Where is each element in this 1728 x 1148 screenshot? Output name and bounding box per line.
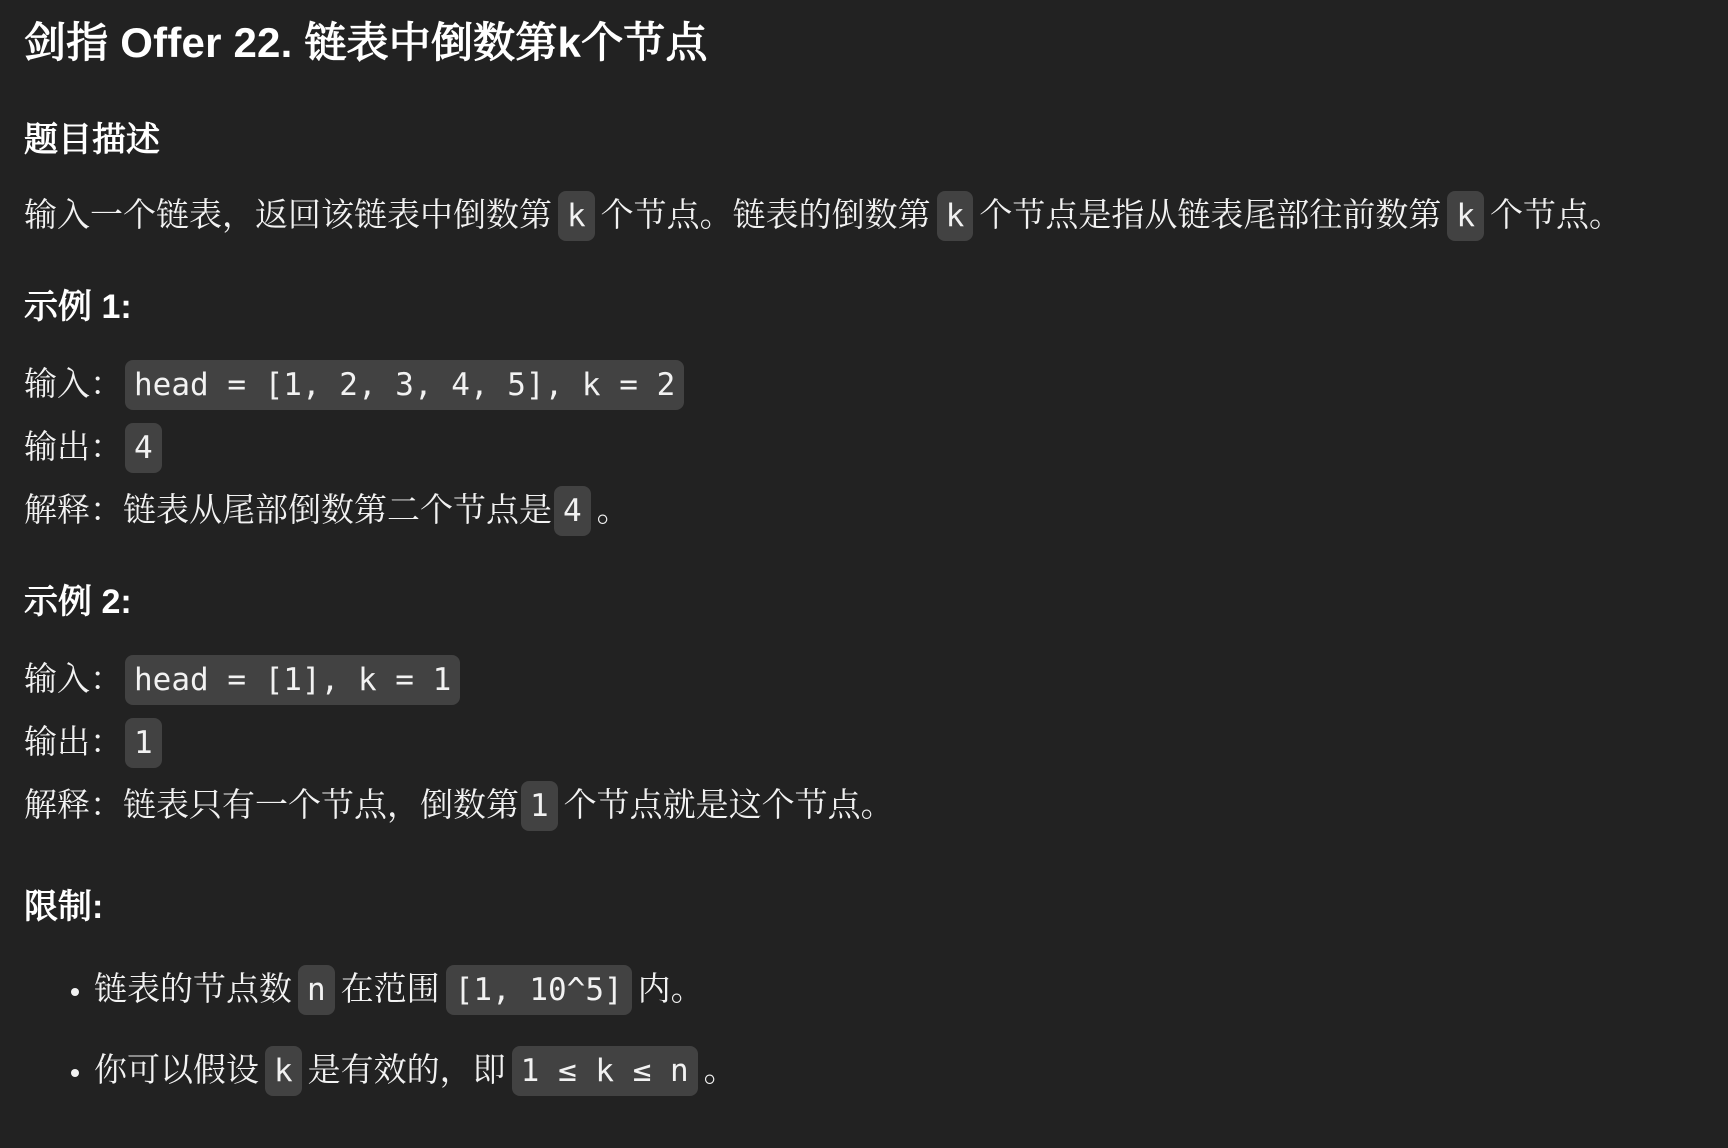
- page-title: 剑指 Offer 22. 链表中倒数第k个节点: [24, 0, 1704, 72]
- explain-label: 解释：: [24, 786, 123, 823]
- inline-code: k: [265, 1046, 302, 1096]
- example-input: 输入：head = [1], k = 1: [24, 648, 1704, 711]
- input-code: head = [1, 2, 3, 4, 5], k = 2: [125, 360, 684, 410]
- example-2: 输入：head = [1], k = 1 输出：1 解释：链表只有一个节点，倒数…: [24, 648, 1704, 837]
- text: 输入一个链表，返回该链表中倒数第: [24, 196, 552, 233]
- text: 你可以假设: [94, 1051, 259, 1088]
- explain-text: 链表只有一个节点，倒数第: [123, 786, 519, 823]
- constraint-item: 你可以假设k是有效的，即1 ≤ k ≤ n。: [94, 1030, 1704, 1111]
- constraints-list: 链表的节点数n在范围[1, 10^5]内。 你可以假设k是有效的，即1 ≤ k …: [24, 949, 1704, 1111]
- explain-label: 解释：: [24, 491, 123, 528]
- explain-end: 个节点就是这个节点。: [564, 786, 894, 823]
- inline-code: k: [1447, 191, 1484, 241]
- input-label: 输入：: [24, 365, 123, 402]
- output-code: 4: [125, 423, 162, 473]
- example-2-heading: 示例 2:: [24, 578, 1704, 626]
- input-code: head = [1], k = 1: [125, 655, 460, 705]
- explain-end: 。: [597, 491, 630, 528]
- text: 在范围: [341, 970, 440, 1007]
- description-text: 输入一个链表，返回该链表中倒数第k个节点。链表的倒数第k个节点是指从链表尾部往前…: [24, 184, 1704, 247]
- example-input: 输入：head = [1, 2, 3, 4, 5], k = 2: [24, 353, 1704, 416]
- constraints-heading: 限制:: [24, 883, 1704, 931]
- output-code: 1: [125, 718, 162, 768]
- text: 个节点。: [1490, 196, 1622, 233]
- explain-text: 链表从尾部倒数第二个节点是: [123, 491, 552, 528]
- text: 链表的节点数: [94, 970, 292, 1007]
- text: 个节点是指从链表尾部往前数第: [979, 196, 1441, 233]
- example-1-heading: 示例 1:: [24, 283, 1704, 331]
- problem-page: 剑指 Offer 22. 链表中倒数第k个节点 题目描述 输入一个链表，返回该链…: [0, 0, 1728, 1111]
- example-explanation: 解释：链表只有一个节点，倒数第1个节点就是这个节点。: [24, 774, 1704, 837]
- inline-code: k: [558, 191, 595, 241]
- example-explanation: 解释：链表从尾部倒数第二个节点是4。: [24, 479, 1704, 542]
- inline-code: k: [937, 191, 974, 241]
- example-output: 输出：4: [24, 416, 1704, 479]
- input-label: 输入：: [24, 660, 123, 697]
- inline-code: n: [298, 965, 335, 1015]
- explain-code: 1: [521, 781, 558, 831]
- text: 是有效的，即: [308, 1051, 506, 1088]
- example-1: 输入：head = [1, 2, 3, 4, 5], k = 2 输出：4 解释…: [24, 353, 1704, 542]
- description-heading: 题目描述: [24, 116, 1704, 164]
- text: 内。: [638, 970, 704, 1007]
- text: 个节点。链表的倒数第: [601, 196, 931, 233]
- text: 。: [704, 1051, 737, 1088]
- inline-code: [1, 10^5]: [446, 965, 632, 1015]
- inline-code: 1 ≤ k ≤ n: [512, 1046, 698, 1096]
- example-output: 输出：1: [24, 711, 1704, 774]
- output-label: 输出：: [24, 428, 123, 465]
- output-label: 输出：: [24, 723, 123, 760]
- explain-code: 4: [554, 486, 591, 536]
- constraint-item: 链表的节点数n在范围[1, 10^5]内。: [94, 949, 1704, 1030]
